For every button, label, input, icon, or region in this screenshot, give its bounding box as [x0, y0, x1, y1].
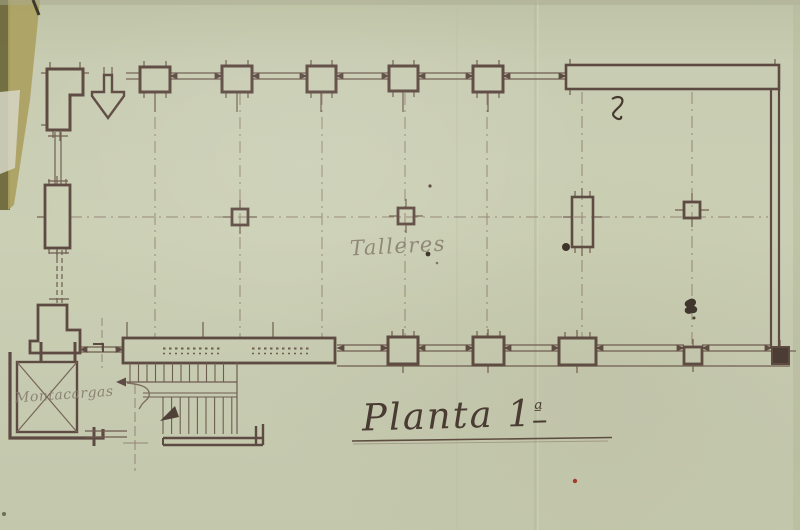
middle-columns — [232, 197, 700, 247]
plan-drawing — [0, 0, 800, 530]
red-dot — [573, 479, 577, 483]
perimeter-wall-top-right — [566, 65, 779, 348]
scanned-plan-paper: Talleres Montacargas Planta 1ª — [0, 0, 800, 530]
bottom-beam — [123, 338, 335, 363]
dimension-arrows — [80, 76, 772, 350]
structure-walls-columns — [10, 65, 789, 446]
ink-dot — [562, 243, 570, 251]
stair-direction-arrowhead — [116, 378, 126, 387]
entrance-arrow-icon — [92, 75, 124, 118]
staircase — [116, 362, 263, 445]
top-left-corner-pillar — [47, 69, 83, 130]
ink-marks — [426, 97, 698, 483]
thin-linework — [37, 59, 796, 373]
left-wall-pillar — [45, 185, 70, 248]
paper-edge-artifacts — [0, 0, 800, 530]
ink-blot — [685, 299, 697, 314]
left-wall-corner — [30, 305, 80, 353]
title-underline — [352, 438, 612, 445]
squiggle-mark — [612, 97, 622, 119]
corner-column — [772, 347, 789, 364]
freight-elevator-shaft — [10, 342, 127, 446]
